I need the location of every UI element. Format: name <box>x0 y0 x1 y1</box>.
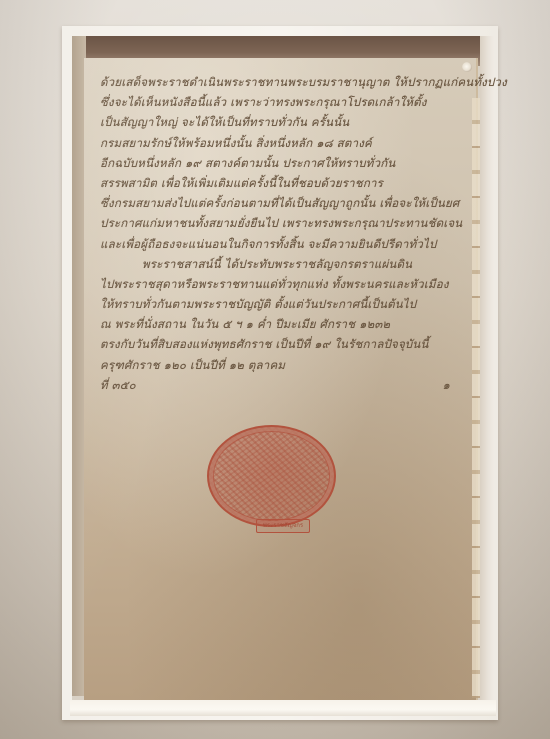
royal-seal-icon <box>207 425 336 527</box>
text-line: ครุฑศักราช ๑๒๐ เป็นปีที่ ๑๒ ตุลาคม <box>100 357 450 377</box>
text-line: สรรพสามิต เพื่อให้เพิ่มเติมแต่ครั้งนี้ใน… <box>100 175 450 195</box>
text-line: ซึ่งจะได้เห็นหนังสือนี้แล้ว เพราะว่าทรงพ… <box>100 94 450 114</box>
text-line: ด้วยเสด็จพระราชดำเนินพระราชทานพระบรมราชา… <box>100 74 450 94</box>
text-line: ไปพระราชสุดาหรือพระราชทานแด่ทั่วทุกแห่ง … <box>100 276 450 296</box>
text-line: ซึ่งกรมสยามส่งไปแต่ครั้งก่อนตามที่ได้เป็… <box>100 195 450 215</box>
handwritten-text-block: ด้วยเสด็จพระราชดำเนินพระราชทานพระบรมราชา… <box>100 74 450 397</box>
frame-bottom-lip <box>70 700 496 716</box>
frame-right-glass-edge <box>480 36 494 708</box>
text-line: และเพื่อผู้ถือธงจะแน่นอนในกิจการทั้งสิ้น… <box>100 236 450 256</box>
text-line: ตรงกับวันที่สิบสองแห่งพุทธศักราช เป็นปีท… <box>100 336 450 356</box>
punch-hole <box>462 62 472 72</box>
torn-paper-edge <box>472 98 480 698</box>
text-line: พระราชสาสน์นี้ ได้ประทับพระราชลัญจกรตราแ… <box>100 256 450 276</box>
text-line: ให้ทราบทั่วกันตามพระราชบัญญัติ ตั้งแต่วั… <box>100 296 450 316</box>
text-line: กรมสยามรักษ์ให้พร้อมหนึ่งนั้น สิ่งหนึ่งห… <box>100 135 450 155</box>
document-reference-number: ที่ ๓๕๐ <box>100 378 136 392</box>
text-line: อีกฉบับหนึ่งหลัก ๑๙ สตางค์ตามนั้น ประกาศ… <box>100 155 450 175</box>
page-number: ๑ <box>443 377 451 395</box>
text-line: ที่ ๓๕๐ ๑ <box>100 377 450 397</box>
text-line: ณ พระที่นั่งสถาน ในวัน ๕ ฯ ๑ ค่ำ ปีมะเมี… <box>100 316 450 336</box>
text-line: ประกาศแก่มหาชนทั้งสยามยั่งยืนไป เพราะทรง… <box>100 215 450 235</box>
text-line: เป็นสัญญาใหญ่ จะได้ให้เป็นที่ทราบทั่วกัน… <box>100 114 450 134</box>
seal-caption: พระราชลัญจกร <box>256 519 310 533</box>
